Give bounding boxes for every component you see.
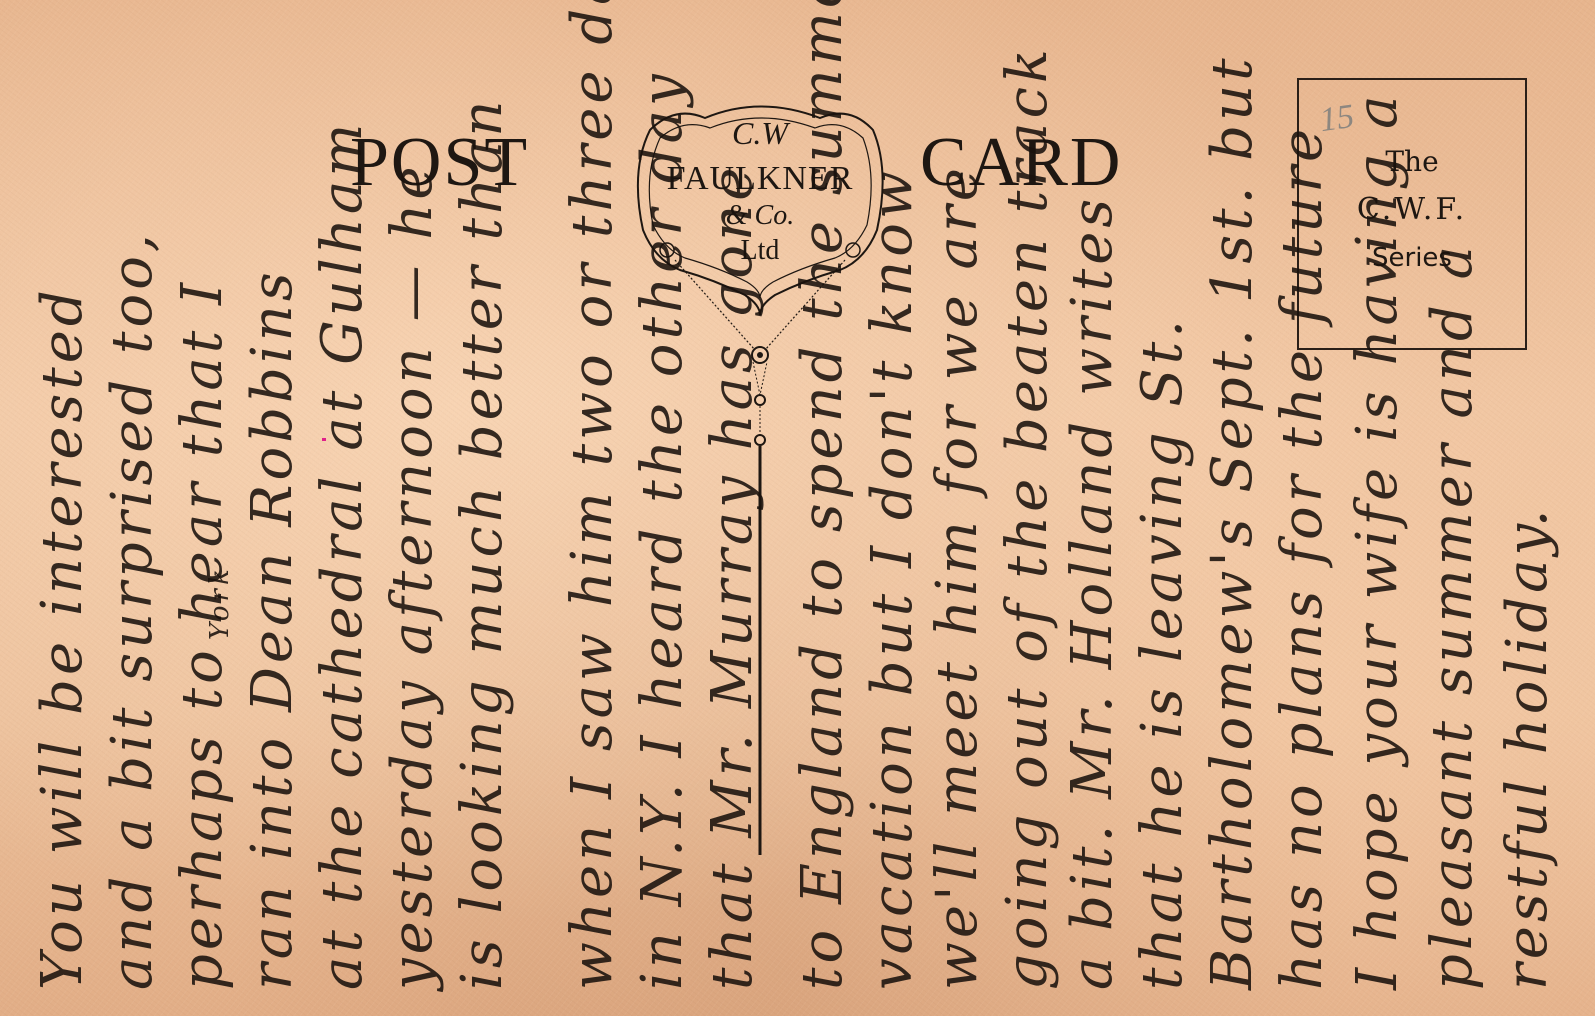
message-line: a bit. Mr. Holland writes [1060,195,1125,990]
message-line: ran into Dean Robbins [240,268,305,990]
crest-monogram: C.W [660,115,860,152]
message-line: is looking much better than [450,97,515,990]
pencil-mark: 15 [1318,98,1357,140]
message-line: we'll meet him for we are [925,164,990,990]
stamp-line-series: Series [1297,243,1527,273]
stamp-line-cwf: C.W.F. [1297,192,1527,227]
postcard-back: POST CARD C.W FAULKNER & Co. Ltd 15 The … [0,0,1595,1016]
message-line: restful holiday. [1495,506,1560,991]
message-line: pleasant summer and a [1420,242,1485,990]
interlinear-note: York [205,565,235,640]
crest-publisher-name: FAULKNER [660,160,860,198]
message-line: yesterday afternoon — he [380,163,445,991]
card-label: CARD [920,128,1122,198]
ink-speck [322,438,326,441]
message-line: Bartholomew's Sept. 1st. but [1200,54,1265,990]
stamp-line-the: The [1297,145,1527,178]
crest-co: & Co. [660,200,860,232]
message-line: that he is leaving St. [1130,316,1195,990]
post-label: POST [350,128,529,198]
message-line: and a bit surprised too, [100,230,165,990]
message-line: at the cathedral at Gulham [310,120,375,990]
message-line: You will be interested [30,286,95,990]
message-line: perhaps to hear that I [170,279,235,990]
crest-ltd: Ltd [660,235,860,267]
